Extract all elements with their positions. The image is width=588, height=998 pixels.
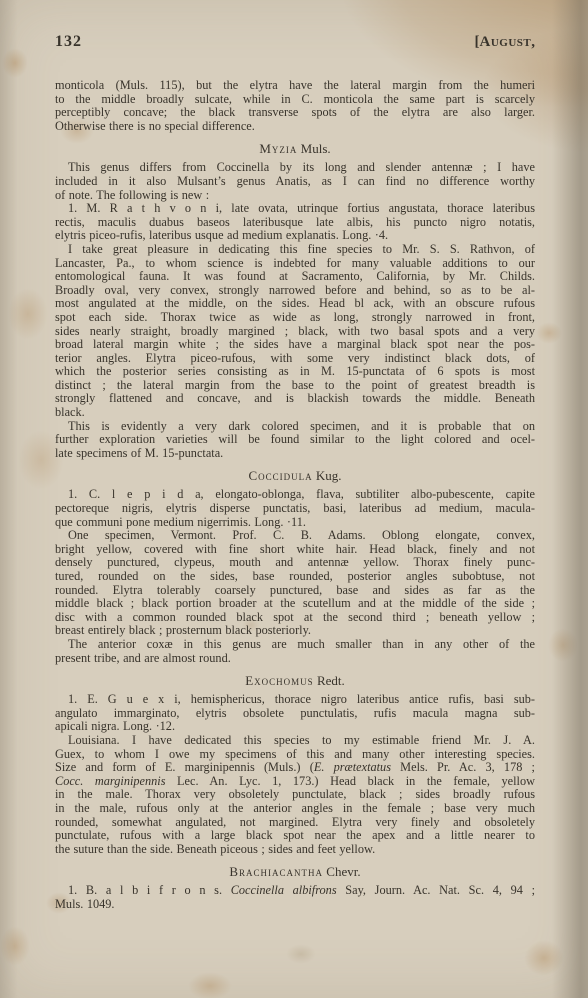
text-line: black.	[55, 406, 535, 420]
genus-name: Exochomus	[245, 673, 313, 688]
text-line: One specimen, Vermont. Prof. C. B. Adams…	[55, 529, 535, 543]
text-line: monticola (Muls. 115), but the elytra ha…	[55, 79, 535, 93]
text-line: of note. The following is new :	[55, 189, 535, 203]
foxing-stain	[536, 322, 562, 344]
page-header: 132 [August,	[55, 33, 535, 51]
text-line: which the posterior series consisting as…	[55, 365, 535, 379]
text-line: bright yellow, covered with fine short w…	[55, 543, 535, 557]
paragraph: 1. E. G u e x i, hemisphericus, thorace …	[55, 693, 535, 734]
text-line: sides nearly straight, broadly margined …	[55, 325, 535, 339]
text-line: angulato immarginato, elytris obsolete p…	[55, 707, 535, 721]
paragraph: I take great pleasure in dedicating this…	[55, 243, 535, 420]
book-edge-shadow	[552, 0, 588, 998]
section-heading: Coccidula Kug.	[55, 469, 535, 483]
text-line: rounded. Elytra tolerably coarsely punct…	[55, 584, 535, 598]
text-line: in the male. Thorax very obsoletely punc…	[55, 788, 535, 802]
text-line: This genus differs from Coccinella by it…	[55, 161, 535, 175]
foxing-stain	[286, 944, 316, 964]
foxing-stain	[188, 972, 232, 998]
paragraph: 1. M. R a t h v o n i, late ovata, utrin…	[55, 202, 535, 243]
text-line: middle black ; black portion broader at …	[55, 597, 535, 611]
text-line: to the middle broadly sulcate, while in …	[55, 93, 535, 107]
text-line: densely punctured, clypeus, mouth and an…	[55, 556, 535, 570]
running-head-suffix: ,	[531, 34, 535, 50]
section-heading: Brachiacantha Chevr.	[55, 865, 535, 879]
running-head: [August,	[475, 34, 535, 51]
text-line: 1. C. l e p i d a, elongato-oblonga, fla…	[55, 488, 535, 502]
text-line: Muls. 1049.	[55, 898, 535, 912]
text-line: further exploration varieties will be fo…	[55, 433, 535, 447]
paragraph: One specimen, Vermont. Prof. C. B. Adams…	[55, 529, 535, 638]
genus-name: Coccidula	[248, 468, 312, 483]
text-line: 1. M. R a t h v o n i, late ovata, utrin…	[55, 202, 535, 216]
text-line: Cocc. marginipennis Lec. An. Lyc. 1, 173…	[55, 775, 535, 789]
text-line: apicali nigra. Long. ·12.	[55, 720, 535, 734]
text-line: tured, rounded on the sides, base rounde…	[55, 570, 535, 584]
text-line: rounded, somewhat angulated, not margine…	[55, 816, 535, 830]
foxing-stain	[0, 926, 30, 966]
text-line: rectis, maculis duabus baseos lateribusq…	[55, 216, 535, 230]
text-line: disc with a common rounded black spot at…	[55, 611, 535, 625]
text-line: late specimens of M. 15-punctata.	[55, 447, 535, 461]
text-line: breast entirely black ; prosternum black…	[55, 624, 535, 638]
paragraph: monticola (Muls. 115), but the elytra ha…	[55, 79, 535, 133]
text-line: Louisiana. I have dedicated this species…	[55, 734, 535, 748]
text-line: pectoreque nigris, elytris disperse punc…	[55, 502, 535, 516]
text-line: que communi pone medium nigerrimis. Long…	[55, 516, 535, 530]
text-line: the suture than the side. Beneath piceou…	[55, 843, 535, 857]
text-line: spot each side. Thorax twice as wide as …	[55, 311, 535, 325]
paragraph: This is evidently a very dark colored sp…	[55, 420, 535, 461]
text-line: I take great pleasure in dedicating this…	[55, 243, 535, 257]
paragraph: 1. B. a l b i f r o n s. Coccinella albi…	[55, 884, 535, 911]
author-abbreviation: Muls.	[297, 141, 330, 156]
text-line: broad lateral margin white ; the sides h…	[55, 338, 535, 352]
text-line: elytris piceo-rufis, lateribus usque ad …	[55, 229, 535, 243]
text-line: included in it also Mulsant’s genus Anat…	[55, 175, 535, 189]
text-line: Otherwise there is no special difference…	[55, 120, 535, 134]
genus-name: Brachiacantha	[229, 864, 323, 879]
genus-name: Myzia	[259, 141, 297, 156]
text-line: present tribe, and are almost round.	[55, 652, 535, 666]
text-line: punctulate, rufous with a large black sp…	[55, 829, 535, 843]
foxing-stain	[548, 628, 578, 662]
text-line: 1. E. G u e x i, hemisphericus, thorace …	[55, 693, 535, 707]
author-abbreviation: Chevr.	[323, 864, 361, 879]
text-line: terior angles. Elytra piceo-rufous, with…	[55, 352, 535, 366]
text-line: Size and form of E. marginipennis (Muls.…	[55, 761, 535, 775]
paragraph: Louisiana. I have dedicated this species…	[55, 734, 535, 856]
text-line: distinct ; the lateral margin from the b…	[55, 379, 535, 393]
running-head-month: August	[480, 34, 532, 50]
section-heading: Myzia Muls.	[55, 142, 535, 156]
author-abbreviation: Kug.	[313, 468, 342, 483]
foxing-stain	[8, 288, 48, 340]
paragraph: This genus differs from Coccinella by it…	[55, 161, 535, 202]
text-line: entomological fauna. It was found at Sac…	[55, 270, 535, 284]
text-line: The anterior coxæ in this genus are much…	[55, 638, 535, 652]
text-line: perceptibly concave; the black transvers…	[55, 106, 535, 120]
paragraph: 1. C. l e p i d a, elongato-oblonga, fla…	[55, 488, 535, 529]
text-line: 1. B. a l b i f r o n s. Coccinella albi…	[55, 884, 535, 898]
text-line: Guex, to whom I owe my specimens of this…	[55, 748, 535, 762]
text-line: strongly flattened and concave, and is b…	[55, 392, 535, 406]
paragraph: The anterior coxæ in this genus are much…	[55, 638, 535, 665]
page-number: 132	[55, 33, 82, 51]
text-line: most angulated at the middle, on the sid…	[55, 297, 535, 311]
text-block: monticola (Muls. 115), but the elytra ha…	[55, 79, 535, 911]
book-page: 132 [August, monticola (Muls. 115), but …	[0, 0, 588, 998]
text-line: Lancaster, Pa., to whom science is indeb…	[55, 257, 535, 271]
foxing-stain	[2, 48, 28, 78]
text-line: This is evidently a very dark colored sp…	[55, 420, 535, 434]
text-line: Broadly oval, very convex, strongly narr…	[55, 284, 535, 298]
author-abbreviation: Redt.	[314, 673, 345, 688]
foxing-stain	[524, 940, 564, 976]
section-heading: Exochomus Redt.	[55, 674, 535, 688]
text-line: in the male, rufous only at the anterior…	[55, 802, 535, 816]
